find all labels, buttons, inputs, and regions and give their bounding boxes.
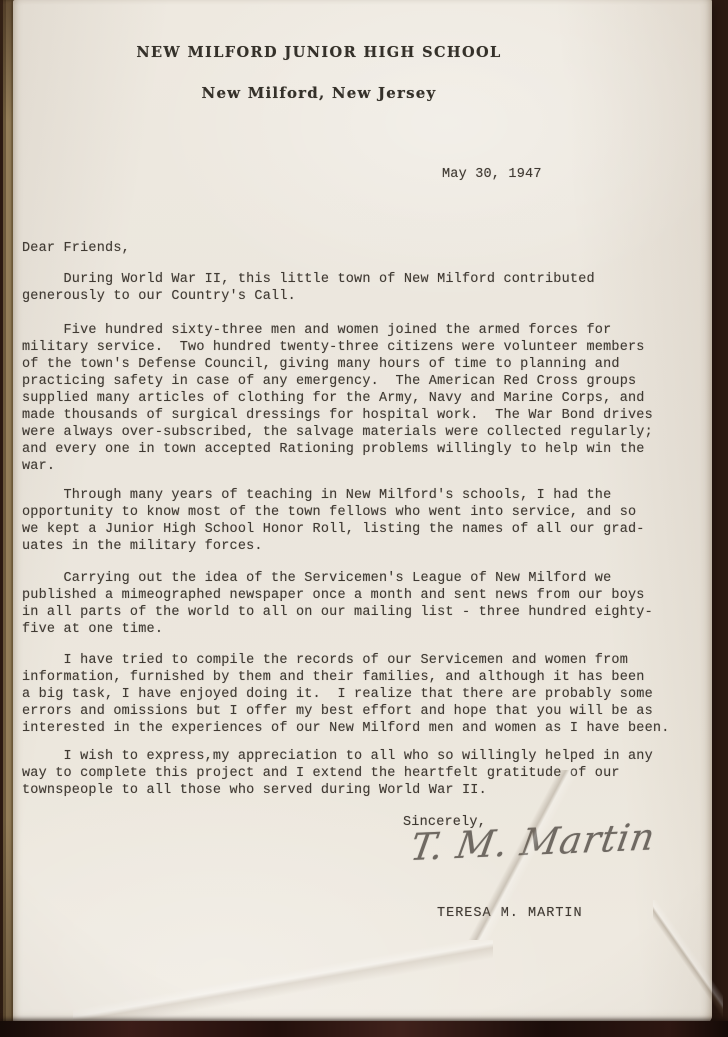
letter-paragraph: Carrying out the idea of the Servicemen'… <box>22 570 653 638</box>
typed-signature-name: TERESA M. MARTIN <box>437 905 583 922</box>
letter-paper: NEW MILFORD JUNIOR HIGH SCHOOL New Milfo… <box>13 0 712 1023</box>
letterhead: NEW MILFORD JUNIOR HIGH SCHOOL New Milfo… <box>13 44 625 102</box>
book-spine-edge-bottom <box>0 1021 728 1037</box>
letter-paragraph: Through many years of teaching in New Mi… <box>22 487 645 555</box>
letter-date: May 30, 1947 <box>442 166 542 183</box>
paper-crease <box>653 900 723 1020</box>
letter-paragraph: Five hundred sixty-three men and women j… <box>22 322 653 475</box>
letterhead-school-name: NEW MILFORD JUNIOR HIGH SCHOOL <box>13 44 625 61</box>
letterhead-school-location: New Milford, New Jersey <box>13 84 625 102</box>
letter-paragraph: I have tried to compile the records of o… <box>22 652 670 737</box>
photographed-letter: NEW MILFORD JUNIOR HIGH SCHOOL New Milfo… <box>0 0 728 1037</box>
letter-paragraph: During World War II, this little town of… <box>22 271 595 305</box>
letter-paragraph: I wish to express,my appreciation to all… <box>22 748 653 799</box>
letter-salutation: Dear Friends, <box>22 240 130 257</box>
paper-crease <box>73 940 493 1020</box>
